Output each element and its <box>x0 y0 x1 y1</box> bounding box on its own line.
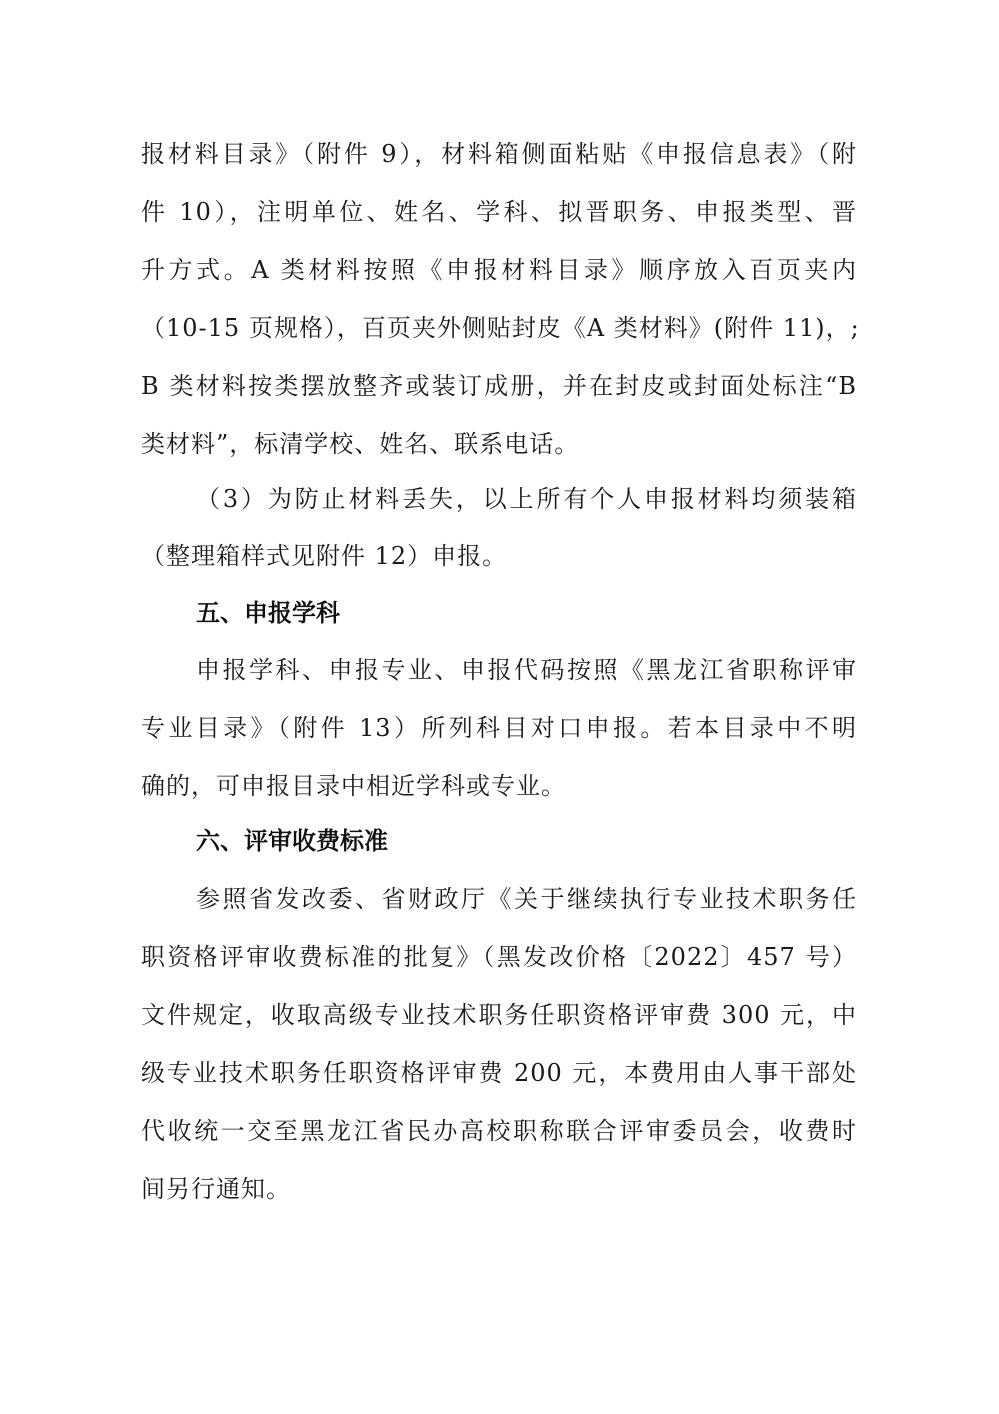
document-page: 报材料目录》（附件 9），材料箱侧面粘贴《申报信息表》（附 件 10），注明单位… <box>0 0 999 1414</box>
paragraph-line: 件 10），注明单位、姓名、学科、拟晋职务、申报类型、晋 <box>141 197 857 227</box>
paragraph-line: B 类材料按类摆放整齐或装订成册，并在封皮或封面处标注“B <box>141 371 857 401</box>
paragraph-line: 申报学科、申报专业、申报代码按照《黑龙江省职称评审 <box>196 655 857 685</box>
section-heading-5: 五、申报学科 <box>196 598 340 628</box>
paragraph-line: （整理箱样式见附件 12）申报。 <box>141 541 507 571</box>
section-heading-6: 六、评审收费标准 <box>196 826 388 856</box>
paragraph-line: 报材料目录》（附件 9），材料箱侧面粘贴《申报信息表》（附 <box>141 139 857 169</box>
paragraph-line: 参照省发改委、省财政厅《关于继续执行专业技术职务任 <box>196 884 857 914</box>
paragraph-line: （10-15 页规格），百页夹外侧贴封皮《A 类材料》(附件 11)，; <box>141 313 857 343</box>
paragraph-line: 间另行通知。 <box>141 1174 291 1204</box>
paragraph-line: （3）为防止材料丢失，以上所有个人申报材料均须装箱 <box>196 484 857 514</box>
paragraph-line: 确的，可申报目录中相近学科或专业。 <box>141 771 566 801</box>
paragraph-line: 级专业技术职务任职资格评审费 200 元，本费用由人事干部处 <box>141 1058 857 1088</box>
paragraph-line: 职资格评审收费标准的批复》（黑发改价格〔2022〕457 号） <box>141 942 857 972</box>
paragraph-line: 代收统一交至黑龙江省民办高校职称联合评审委员会，收费时 <box>141 1116 857 1146</box>
paragraph-line: 类材料”，标清学校、姓名、联系电话。 <box>141 429 579 459</box>
paragraph-line: 升方式。A 类材料按照《申报材料目录》顺序放入百页夹内 <box>141 255 857 285</box>
paragraph-line: 专业目录》（附件 13）所列科目对口申报。若本目录中不明 <box>141 713 857 743</box>
paragraph-line: 文件规定，收取高级专业技术职务任职资格评审费 300 元，中 <box>141 1000 857 1030</box>
